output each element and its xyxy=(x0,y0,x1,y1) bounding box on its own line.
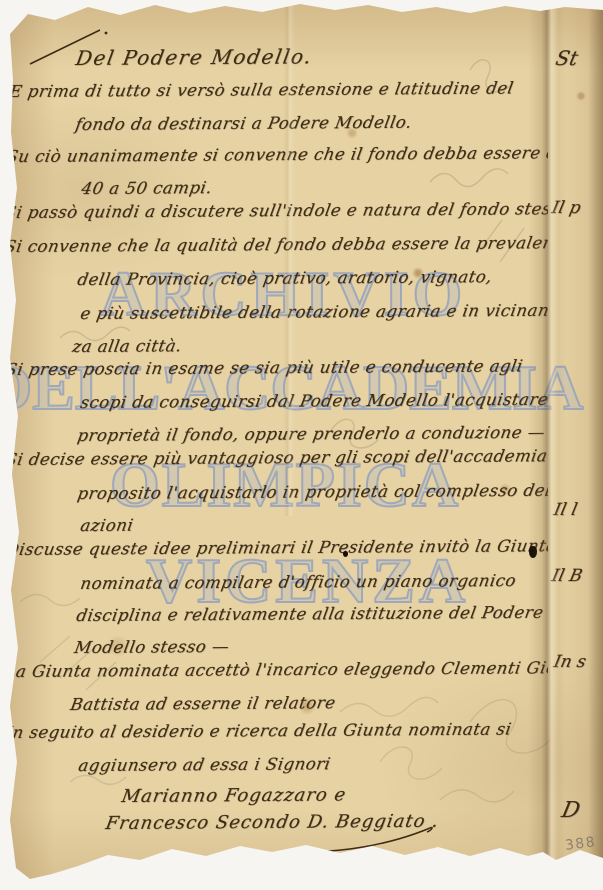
scanned-document-page: ARCHIVIO DELL'ACCADEMIA OLIMPICA VICENZA… xyxy=(0,0,603,890)
signature-flourish xyxy=(0,0,548,890)
page-edge-shadow xyxy=(588,0,603,890)
manuscript-paper: ARCHIVIO DELL'ACCADEMIA OLIMPICA VICENZA… xyxy=(0,0,603,890)
paper-crease xyxy=(283,0,295,516)
ink-blot xyxy=(343,551,348,557)
manuscript-text: Del Podere Modello. E prima di tutto si … xyxy=(0,0,548,890)
page-fold-shadow xyxy=(528,0,566,890)
